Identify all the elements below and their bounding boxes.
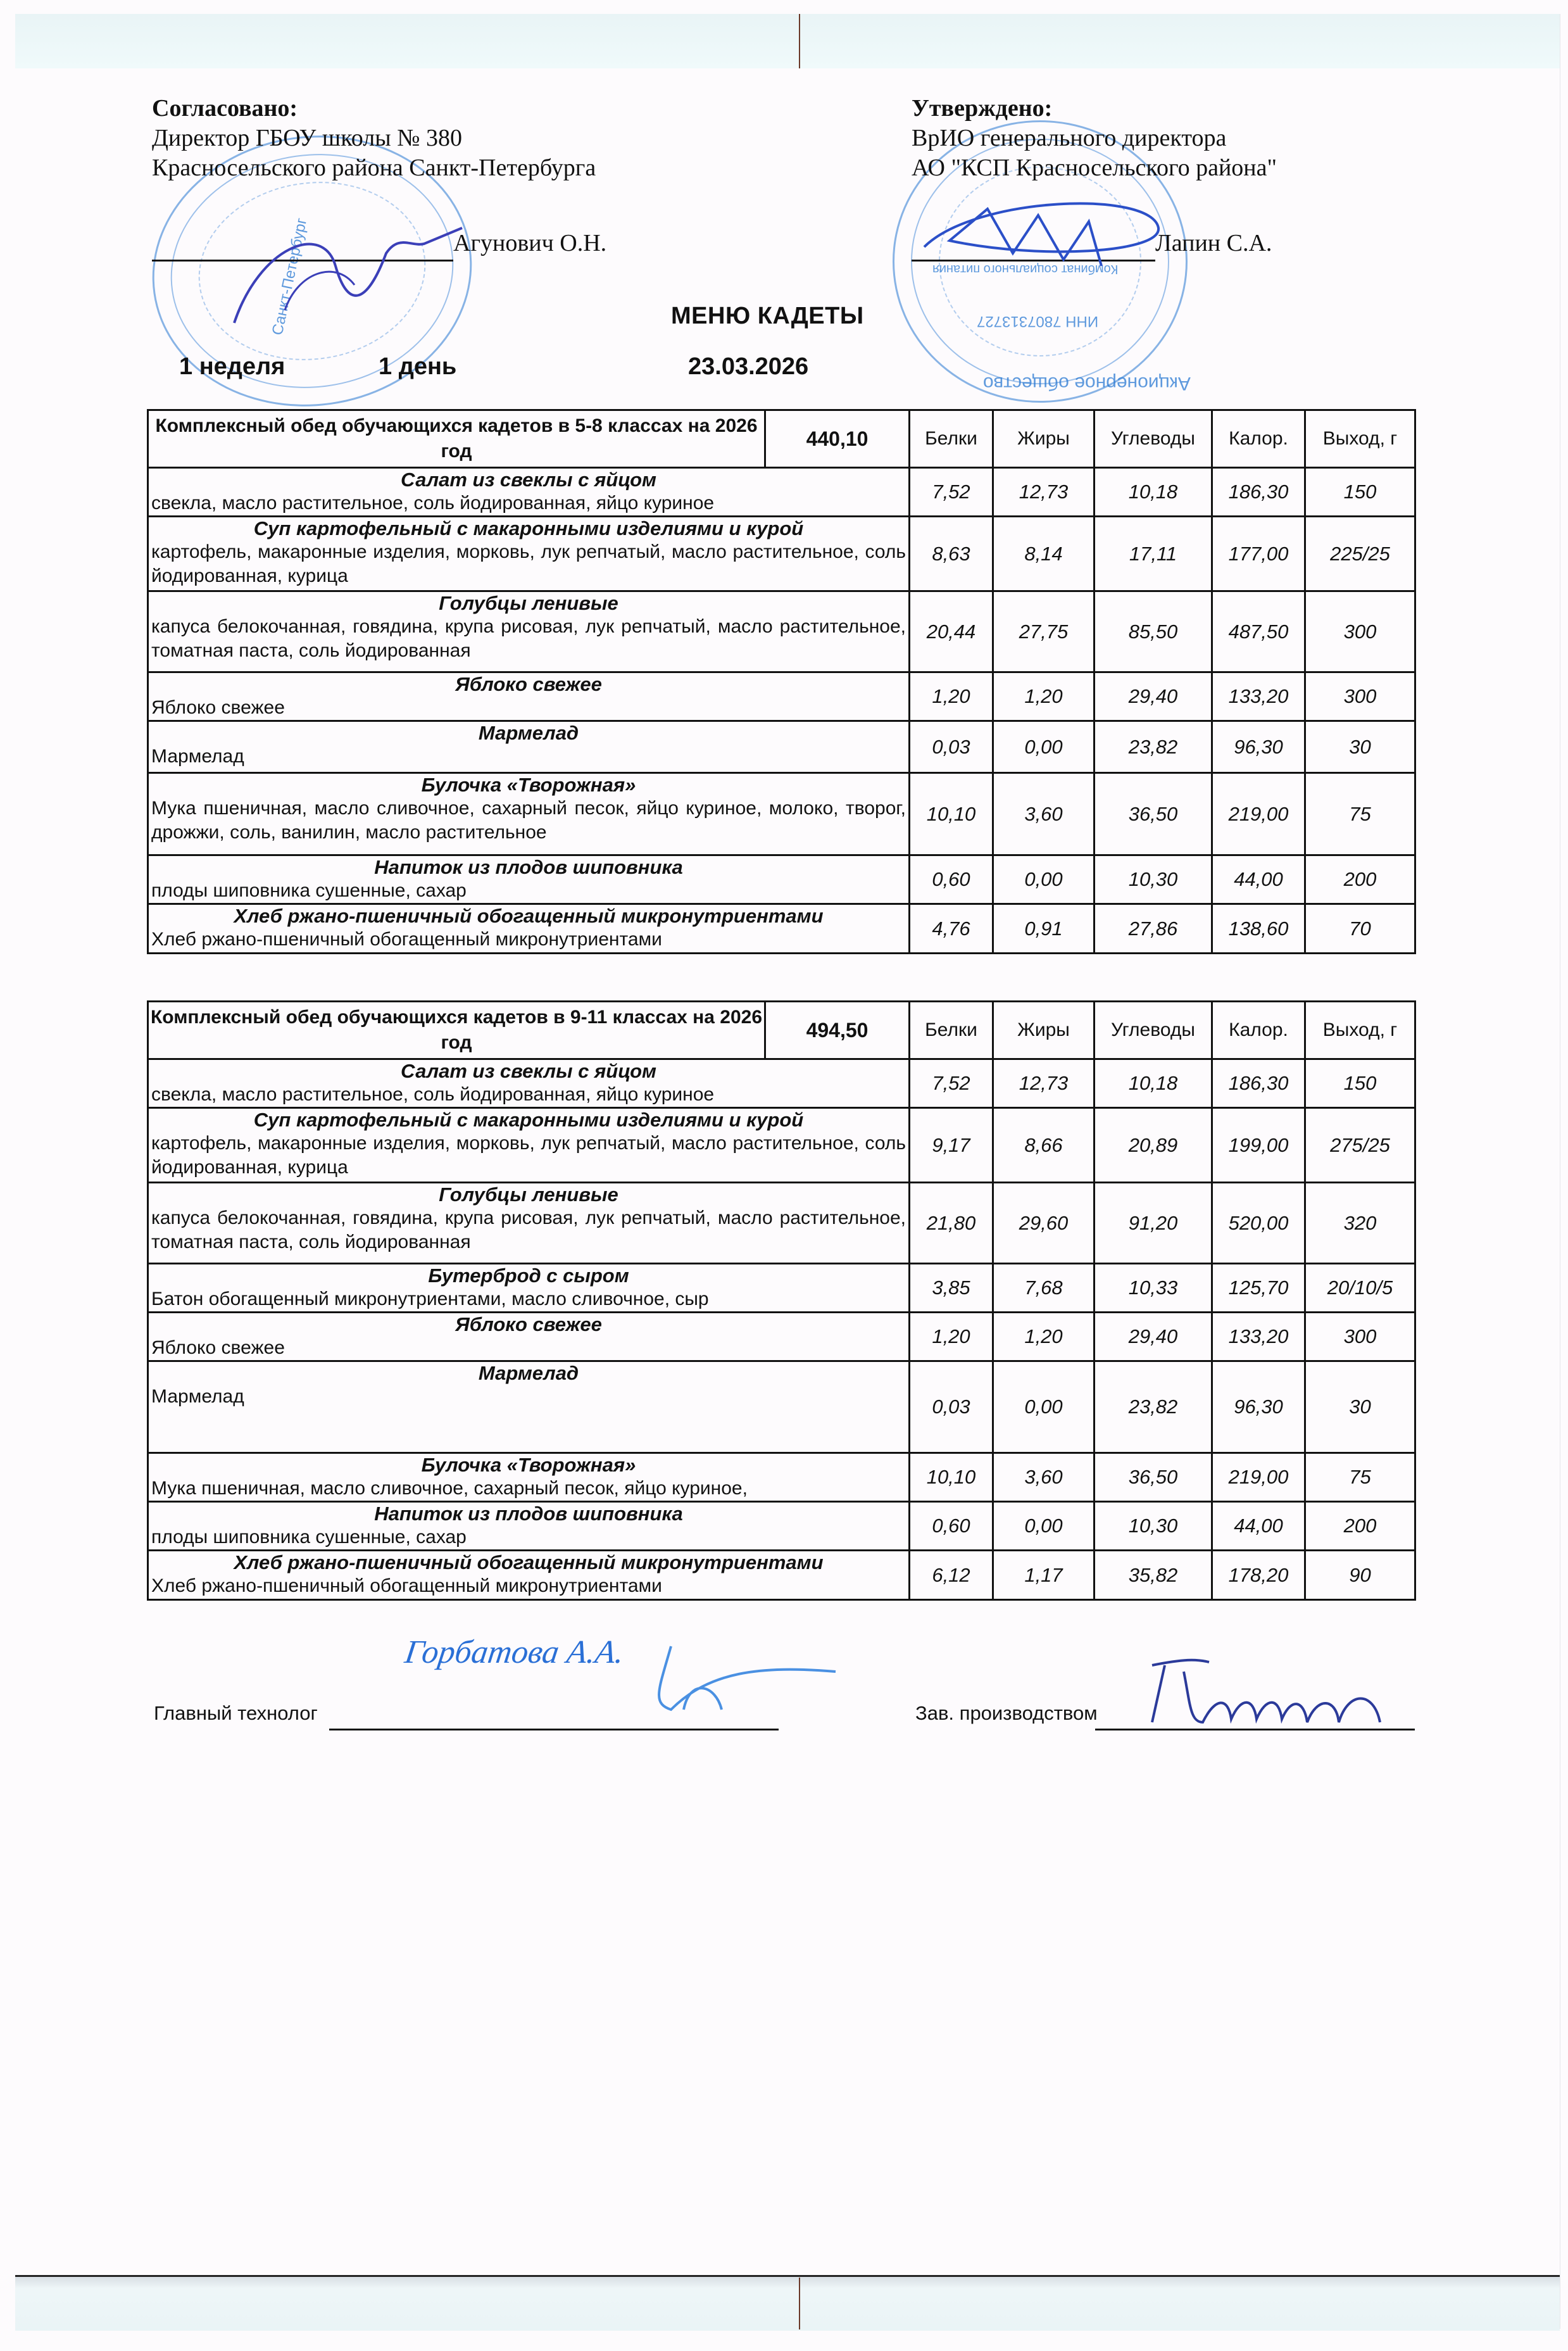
dish-ingredients: свекла, масло растительное, соль йодиров… <box>149 1083 908 1107</box>
dish-name: Булочка «Творожная» <box>149 1454 908 1477</box>
nutrition-value: 8,14 <box>993 517 1094 591</box>
meal-title: Комплексный обед обучающихся кадетов в 5… <box>148 410 765 468</box>
table-row: Напиток из плодов шиповникаплоды шиповни… <box>148 1502 1415 1551</box>
table-row: Булочка «Творожная»Мука пшеничная, масло… <box>148 1453 1415 1502</box>
dish-cell: Напиток из плодов шиповникаплоды шиповни… <box>148 1502 910 1551</box>
nutrition-value: 487,50 <box>1212 591 1305 672</box>
dish-cell: Хлеб ржано-пшеничный обогащенный микрону… <box>148 904 910 954</box>
nutrition-value: 21,80 <box>910 1183 993 1264</box>
dish-ingredients: капуса белокочанная, говядина, крупа рис… <box>149 1206 908 1254</box>
approved-signature <box>912 184 1177 279</box>
nutrition-value: 199,00 <box>1212 1108 1305 1183</box>
approved-position: ВрИО генерального директора <box>912 123 1277 153</box>
dish-name: Мармелад <box>149 1362 908 1385</box>
dish-cell: Булочка «Творожная»Мука пшеничная, масло… <box>148 1453 910 1502</box>
nutrition-value: 219,00 <box>1212 1453 1305 1502</box>
nutrition-value: 1,20 <box>910 1313 993 1361</box>
dish-ingredients: Батон обогащенный микронутриентами, масл… <box>149 1287 908 1311</box>
nutrition-value: 520,00 <box>1212 1183 1305 1264</box>
nutrition-value: 0,03 <box>910 721 993 773</box>
dish-ingredients: Мука пшеничная, масло сливочное, сахарны… <box>149 1477 908 1501</box>
column-header: Калор. <box>1212 1002 1305 1059</box>
dish-ingredients: Яблоко свежее <box>149 1336 908 1360</box>
nutrition-value: 10,10 <box>910 1453 993 1502</box>
chief-technologist-signature-line <box>329 1729 779 1730</box>
dish-ingredients: Хлеб ржано-пшеничный обогащенный микрону… <box>149 1574 908 1598</box>
column-header: Жиры <box>993 410 1094 468</box>
dish-name: Суп картофельный с макаронными изделиями… <box>149 1109 908 1131</box>
nutrition-value: 8,66 <box>993 1108 1094 1183</box>
table-row: Яблоко свежееЯблоко свежее1,201,2029,401… <box>148 672 1415 721</box>
table-header-row: Комплексный обед обучающихся кадетов в 5… <box>148 410 1415 468</box>
dish-cell: Салат из свеклы с яйцомсвекла, масло рас… <box>148 1059 910 1108</box>
nutrition-value: 0,60 <box>910 855 993 904</box>
dish-cell: Напиток из плодов шиповникаплоды шиповни… <box>148 855 910 904</box>
approved-organization: АО "КСП Красносельского района" <box>912 153 1277 183</box>
table-row: Бутерброд с сыромБатон обогащенный микро… <box>148 1264 1415 1313</box>
column-header: Углеводы <box>1094 1002 1212 1059</box>
nutrition-value: 4,76 <box>910 904 993 954</box>
approval-block-approved: Утверждено: ВрИО генерального директора … <box>912 94 1277 183</box>
nutrition-value: 44,00 <box>1212 855 1305 904</box>
dish-cell: Булочка «Творожная»Мука пшеничная, масло… <box>148 773 910 855</box>
nutrition-value: 90 <box>1305 1551 1415 1600</box>
dish-ingredients: Мармелад <box>149 745 908 769</box>
nutrition-value: 300 <box>1305 672 1415 721</box>
nutrition-value: 27,86 <box>1094 904 1212 954</box>
dish-ingredients: капуса белокочанная, говядина, крупа рис… <box>149 615 908 663</box>
nutrition-value: 36,50 <box>1094 1453 1212 1502</box>
nutrition-value: 17,11 <box>1094 517 1212 591</box>
nutrition-value: 177,00 <box>1212 517 1305 591</box>
dish-name: Бутерброд с сыром <box>149 1264 908 1287</box>
table-row: Суп картофельный с макаронными изделиями… <box>148 1108 1415 1183</box>
agreed-signer-name: Агунович О.Н. <box>453 229 606 257</box>
nutrition-value: 133,20 <box>1212 1313 1305 1361</box>
column-header: Жиры <box>993 1002 1094 1059</box>
nutrition-value: 12,73 <box>993 1059 1094 1108</box>
company-stamp-inn: ИНН 7807313727 <box>977 312 1098 330</box>
nutrition-value: 150 <box>1305 468 1415 517</box>
nutrition-value: 0,00 <box>993 721 1094 773</box>
nutrition-value: 10,30 <box>1094 1502 1212 1551</box>
nutrition-value: 29,40 <box>1094 1313 1212 1361</box>
company-stamp-org: Акционерное общество <box>983 372 1191 394</box>
column-header: Выход, г <box>1305 1002 1415 1059</box>
nutrition-value: 219,00 <box>1212 773 1305 855</box>
approved-heading: Утверждено: <box>912 94 1277 123</box>
dish-name: Яблоко свежее <box>149 673 908 696</box>
dish-ingredients: картофель, макаронные изделия, морковь, … <box>149 1131 908 1180</box>
dish-ingredients: плоды шиповника сушенные, сахар <box>149 879 908 903</box>
scan-margin-bottom <box>15 2275 1560 2331</box>
nutrition-value: 96,30 <box>1212 1361 1305 1453</box>
meal-price: 494,50 <box>765 1002 910 1059</box>
nutrition-value: 96,30 <box>1212 721 1305 773</box>
menu-table-grades-5-8: Комплексный обед обучающихся кадетов в 5… <box>147 409 1416 954</box>
table-row: Салат из свеклы с яйцомсвекла, масло рас… <box>148 1059 1415 1108</box>
nutrition-value: 0,60 <box>910 1502 993 1551</box>
nutrition-value: 29,40 <box>1094 672 1212 721</box>
dish-name: Хлеб ржано-пшеничный обогащенный микрону… <box>149 1551 908 1574</box>
dish-ingredients: Мука пшеничная, масло сливочное, сахарны… <box>149 797 908 845</box>
nutrition-value: 1,20 <box>910 672 993 721</box>
nutrition-value: 0,03 <box>910 1361 993 1453</box>
table-row: Голубцы ленивыекапуса белокочанная, говя… <box>148 591 1415 672</box>
production-head-signature <box>1127 1653 1418 1754</box>
nutrition-value: 20/10/5 <box>1305 1264 1415 1313</box>
nutrition-value: 91,20 <box>1094 1183 1212 1264</box>
nutrition-value: 1,20 <box>993 672 1094 721</box>
nutrition-value: 35,82 <box>1094 1551 1212 1600</box>
agreed-organization: Красносельского района Санкт-Петербурга <box>152 153 596 183</box>
menu-table-grades-9-11: Комплексный обед обучающихся кадетов в 9… <box>147 1000 1416 1601</box>
column-header: Калор. <box>1212 410 1305 468</box>
dish-cell: МармеладМармелад <box>148 721 910 773</box>
fold-mark-top <box>799 14 800 68</box>
dish-name: Салат из свеклы с яйцом <box>149 1060 908 1083</box>
nutrition-value: 29,60 <box>993 1183 1094 1264</box>
table-row: МармеладМармелад0,030,0023,8296,3030 <box>148 721 1415 773</box>
nutrition-value: 30 <box>1305 1361 1415 1453</box>
dish-name: Напиток из плодов шиповника <box>149 1503 908 1525</box>
dish-ingredients: Хлеб ржано-пшеничный обогащенный микрону… <box>149 928 908 952</box>
nutrition-value: 7,52 <box>910 468 993 517</box>
dish-name: Булочка «Творожная» <box>149 774 908 797</box>
table-row: Хлеб ржано-пшеничный обогащенный микрону… <box>148 1551 1415 1600</box>
nutrition-value: 10,30 <box>1094 855 1212 904</box>
scan-margin-top <box>15 14 1560 68</box>
table-row: Голубцы ленивыекапуса белокочанная, говя… <box>148 1183 1415 1264</box>
chief-technologist-label: Главный технолог <box>154 1702 318 1725</box>
nutrition-value: 0,00 <box>993 855 1094 904</box>
document-title: МЕНЮ КАДЕТЫ <box>671 303 864 330</box>
nutrition-value: 10,18 <box>1094 468 1212 517</box>
nutrition-value: 300 <box>1305 591 1415 672</box>
nutrition-value: 36,50 <box>1094 773 1212 855</box>
nutrition-value: 70 <box>1305 904 1415 954</box>
table-header-row: Комплексный обед обучающихся кадетов в 9… <box>148 1002 1415 1059</box>
nutrition-value: 7,52 <box>910 1059 993 1108</box>
sheet-edge <box>1560 14 1560 2329</box>
nutrition-value: 0,00 <box>993 1502 1094 1551</box>
nutrition-value: 7,68 <box>993 1264 1094 1313</box>
dish-cell: Яблоко свежееЯблоко свежее <box>148 1313 910 1361</box>
meal-price: 440,10 <box>765 410 910 468</box>
dish-name: Голубцы ленивые <box>149 592 908 615</box>
dish-ingredients: свекла, масло растительное, соль йодиров… <box>149 491 908 515</box>
dish-name: Хлеб ржано-пшеничный обогащенный микрону… <box>149 905 908 928</box>
nutrition-value: 23,82 <box>1094 721 1212 773</box>
nutrition-value: 275/25 <box>1305 1108 1415 1183</box>
table-row: Салат из свеклы с яйцомсвекла, масло рас… <box>148 468 1415 517</box>
nutrition-value: 186,30 <box>1212 468 1305 517</box>
dish-cell: Хлеб ржано-пшеничный обогащенный микрону… <box>148 1551 910 1600</box>
column-header: Белки <box>910 410 993 468</box>
nutrition-value: 20,89 <box>1094 1108 1212 1183</box>
nutrition-value: 225/25 <box>1305 517 1415 591</box>
dish-cell: Салат из свеклы с яйцомсвекла, масло рас… <box>148 468 910 517</box>
week-label: 1 неделя <box>179 353 285 381</box>
nutrition-value: 27,75 <box>993 591 1094 672</box>
nutrition-value: 186,30 <box>1212 1059 1305 1108</box>
dish-cell: Бутерброд с сыромБатон обогащенный микро… <box>148 1264 910 1313</box>
table-row: Суп картофельный с макаронными изделиями… <box>148 517 1415 591</box>
nutrition-value: 1,17 <box>993 1551 1094 1600</box>
dish-ingredients: Мармелад <box>149 1385 908 1409</box>
nutrition-value: 30 <box>1305 721 1415 773</box>
nutrition-value: 133,20 <box>1212 672 1305 721</box>
table-row: Напиток из плодов шиповникаплоды шиповни… <box>148 855 1415 904</box>
meal-title: Комплексный обед обучающихся кадетов в 9… <box>148 1002 765 1059</box>
dish-name: Напиток из плодов шиповника <box>149 856 908 879</box>
nutrition-value: 200 <box>1305 855 1415 904</box>
nutrition-value: 44,00 <box>1212 1502 1305 1551</box>
nutrition-value: 200 <box>1305 1502 1415 1551</box>
dish-name: Голубцы ленивые <box>149 1183 908 1206</box>
nutrition-value: 10,33 <box>1094 1264 1212 1313</box>
dish-cell: Яблоко свежееЯблоко свежее <box>148 672 910 721</box>
nutrition-value: 300 <box>1305 1313 1415 1361</box>
agreed-heading: Согласовано: <box>152 94 596 123</box>
chief-technologist-signature <box>633 1634 848 1722</box>
nutrition-value: 75 <box>1305 1453 1415 1502</box>
agreed-position: Директор ГБОУ школы № 380 <box>152 123 596 153</box>
agreed-signature <box>209 209 475 336</box>
nutrition-value: 0,00 <box>993 1361 1094 1453</box>
dish-ingredients: картофель, макаронные изделия, морковь, … <box>149 540 908 588</box>
nutrition-value: 138,60 <box>1212 904 1305 954</box>
nutrition-value: 0,91 <box>993 904 1094 954</box>
menu-date: 23.03.2026 <box>688 353 808 381</box>
dish-cell: Суп картофельный с макаронными изделиями… <box>148 1108 910 1183</box>
column-header: Выход, г <box>1305 410 1415 468</box>
table-row: МармеладМармелад0,030,0023,8296,3030 <box>148 1361 1415 1453</box>
dish-cell: Голубцы ленивыекапуса белокочанная, говя… <box>148 591 910 672</box>
nutrition-value: 9,17 <box>910 1108 993 1183</box>
nutrition-value: 178,20 <box>1212 1551 1305 1600</box>
dish-cell: МармеладМармелад <box>148 1361 910 1453</box>
column-header: Углеводы <box>1094 410 1212 468</box>
fold-mark-bottom <box>799 2278 800 2329</box>
nutrition-value: 10,10 <box>910 773 993 855</box>
nutrition-value: 3,60 <box>993 1453 1094 1502</box>
nutrition-value: 20,44 <box>910 591 993 672</box>
nutrition-value: 75 <box>1305 773 1415 855</box>
production-head-label: Зав. производством <box>915 1702 1098 1725</box>
dish-name: Салат из свеклы с яйцом <box>149 469 908 491</box>
nutrition-value: 1,20 <box>993 1313 1094 1361</box>
nutrition-value: 10,18 <box>1094 1059 1212 1108</box>
dish-ingredients: Яблоко свежее <box>149 696 908 720</box>
nutrition-value: 150 <box>1305 1059 1415 1108</box>
table-row: Яблоко свежееЯблоко свежее1,201,2029,401… <box>148 1313 1415 1361</box>
dish-name: Яблоко свежее <box>149 1313 908 1336</box>
table-row: Хлеб ржано-пшеничный обогащенный микрону… <box>148 904 1415 954</box>
nutrition-value: 3,85 <box>910 1264 993 1313</box>
nutrition-value: 320 <box>1305 1183 1415 1264</box>
nutrition-value: 12,73 <box>993 468 1094 517</box>
dish-cell: Суп картофельный с макаронными изделиями… <box>148 517 910 591</box>
column-header: Белки <box>910 1002 993 1059</box>
approval-block-agreed: Согласовано: Директор ГБОУ школы № 380 К… <box>152 94 596 183</box>
nutrition-value: 3,60 <box>993 773 1094 855</box>
dish-name: Суп картофельный с макаронными изделиями… <box>149 517 908 540</box>
chief-technologist-handwritten-name: Горбатова А.А. <box>403 1634 627 1671</box>
nutrition-value: 125,70 <box>1212 1264 1305 1313</box>
dish-cell: Голубцы ленивыекапуса белокочанная, говя… <box>148 1183 910 1264</box>
table-row: Булочка «Творожная»Мука пшеничная, масло… <box>148 773 1415 855</box>
nutrition-value: 85,50 <box>1094 591 1212 672</box>
nutrition-value: 8,63 <box>910 517 993 591</box>
dish-name: Мармелад <box>149 722 908 745</box>
day-label: 1 день <box>379 353 456 381</box>
nutrition-value: 23,82 <box>1094 1361 1212 1453</box>
nutrition-value: 6,12 <box>910 1551 993 1600</box>
dish-ingredients: плоды шиповника сушенные, сахар <box>149 1525 908 1549</box>
